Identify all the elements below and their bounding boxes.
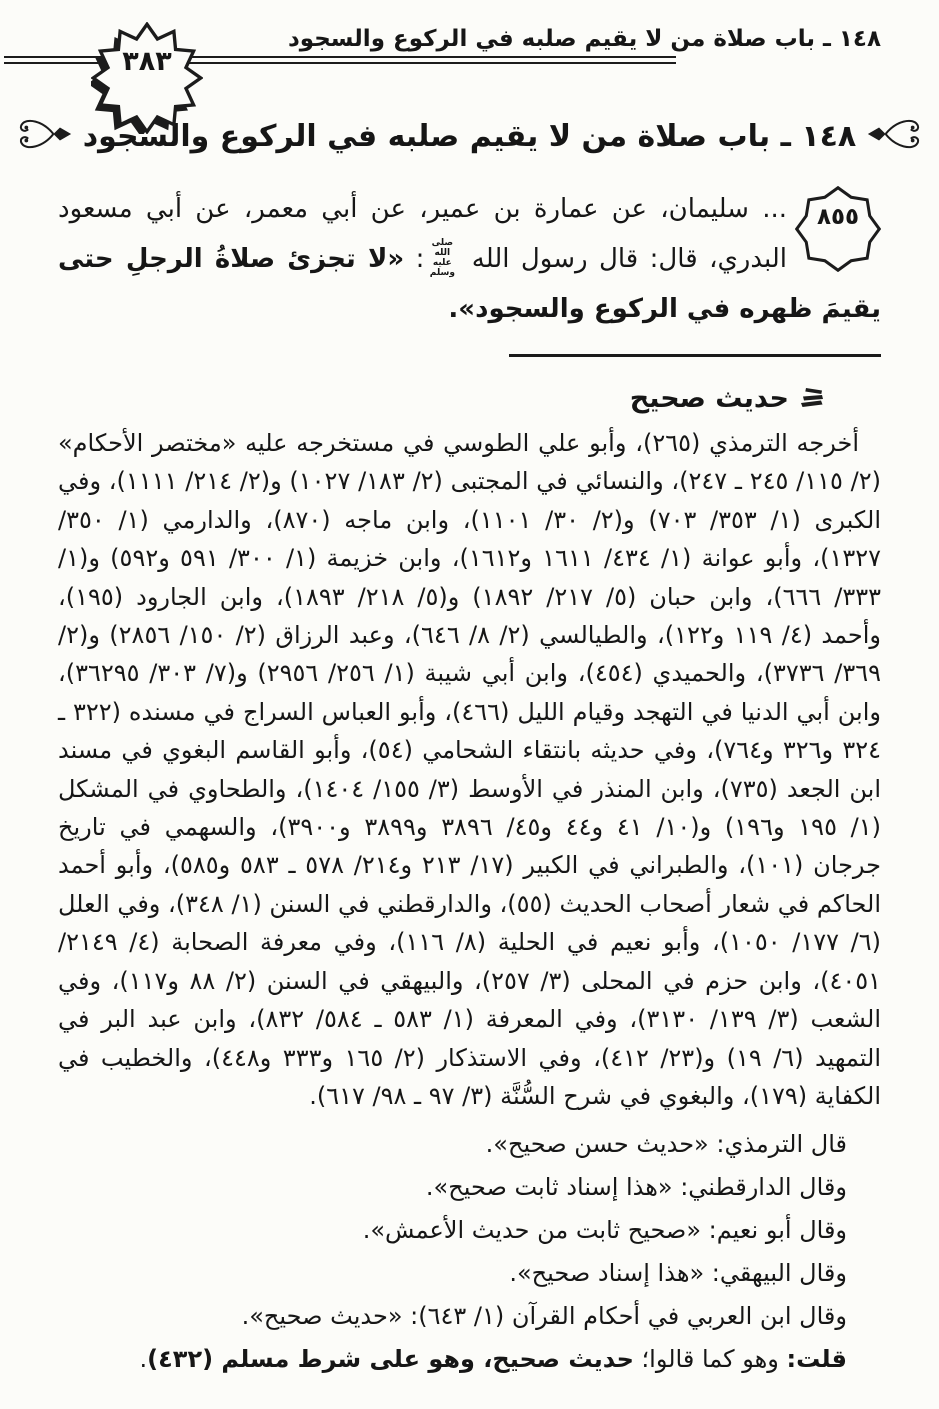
hadith-number-badge: ٨٥٥ <box>795 186 881 250</box>
conclusion-middle: وهو كما قالوا؛ <box>634 1345 787 1373</box>
takhrij-paragraph: أخرجه الترمذي (٢٦٥)، وأبو علي الطوسي في … <box>58 424 881 1115</box>
conclusion-verdict: حديث صحيح، وهو على شرط مسلم (٤٣٢) <box>147 1345 634 1373</box>
section-separator-rule <box>509 354 881 357</box>
hadith-number: ٨٥٥ <box>795 186 881 250</box>
hadith-paragraph: ٨٥٥ ... سليمان، عن عمارة بن عمير، عن أبي… <box>58 184 881 334</box>
conclusion-prefix: قلت: <box>786 1345 847 1373</box>
floral-flourish-right-icon <box>866 112 922 160</box>
floral-flourish-left-icon <box>17 112 73 160</box>
quote-abu-nuaym: وقال أبو نعيم: «صحيح ثابت من حديث الأعمش… <box>58 1209 881 1252</box>
header-rule: ٣٨٣ <box>58 56 881 66</box>
page-number-badge: ٣٨٣ <box>91 22 203 104</box>
book-page: ١٤٨ ـ باب صلاة من لا يقيم صلبه في الركوع… <box>58 0 881 1381</box>
quote-tirmidhi: قال الترمذي: «حديث حسن صحيح». <box>58 1123 881 1166</box>
author-conclusion: قلت: وهو كما قالوا؛ حديث صحيح، وهو على ش… <box>58 1338 881 1381</box>
quote-daraqutni: وقال الدارقطني: «هذا إسناد ثابت صحيح». <box>58 1166 881 1209</box>
grading-heading: حديث صحيح <box>58 383 881 414</box>
matn-separator: : <box>404 244 424 274</box>
scholar-quotes: قال الترمذي: «حديث حسن صحيح». وقال الدار… <box>58 1123 881 1381</box>
header-rule-stub <box>36 56 76 64</box>
stacked-books-icon <box>799 385 825 413</box>
grading-label: حديث صحيح <box>630 383 789 414</box>
salawat-mark: صلى اللهعليه وسلم <box>424 238 460 278</box>
page-number: ٣٨٣ <box>91 22 203 104</box>
quote-ibn-al-arabi: وقال ابن العربي في أحكام القرآن (١/ ٦٤٣)… <box>58 1295 881 1338</box>
quote-bayhaqi: وقال البيهقي: «هذا إسناد صحيح». <box>58 1252 881 1295</box>
